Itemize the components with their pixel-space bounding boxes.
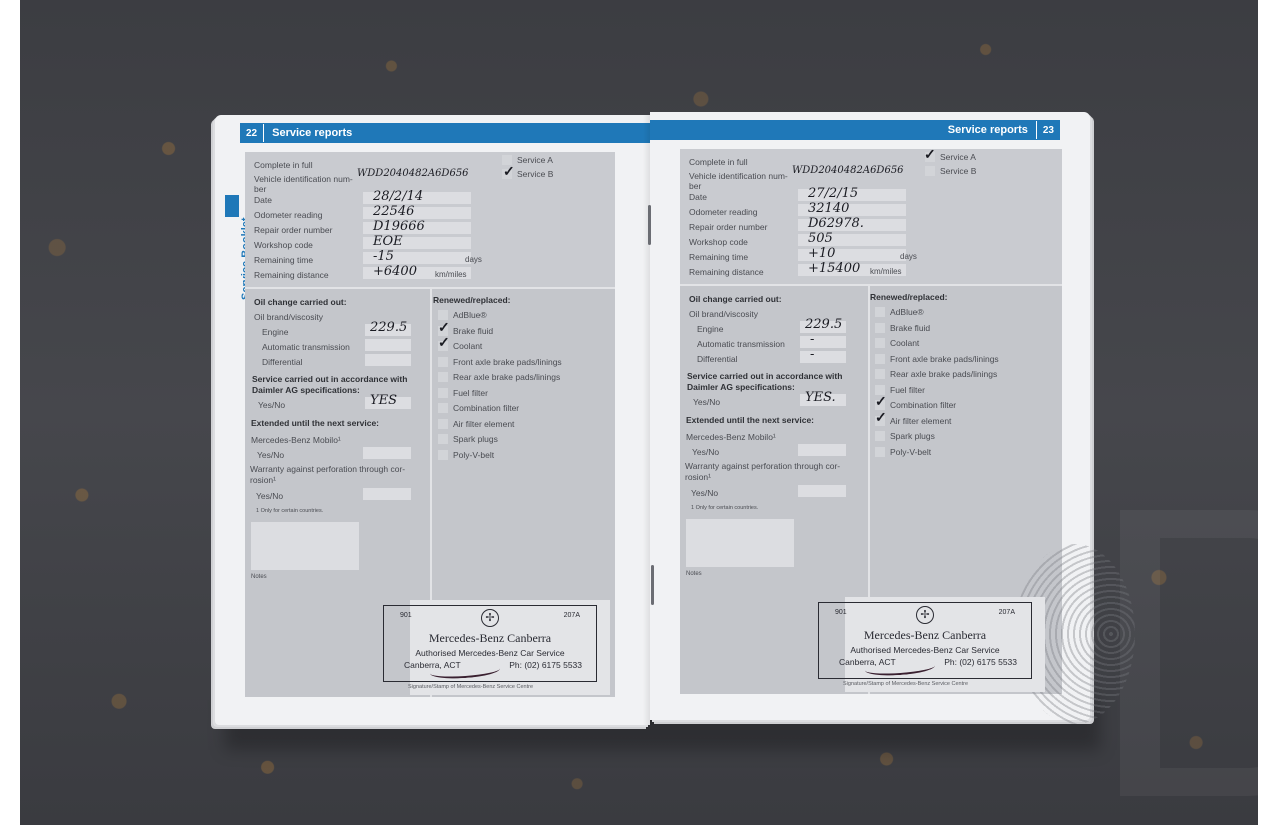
- mobilo-input[interactable]: [798, 444, 846, 456]
- field-label: ber: [254, 184, 266, 194]
- spec-yesno-label: Yes/No: [258, 400, 285, 410]
- field-label: Complete in full: [689, 157, 748, 167]
- right-page: Service reports 23 Service Booklet Servi…: [650, 112, 1090, 720]
- handwritten-value: WDD2040482A6D656: [357, 168, 469, 179]
- oil-brand-label: Oil brand/viscosity: [689, 309, 758, 319]
- renewed-heading: Renewed/replaced:: [870, 292, 947, 302]
- checkmark-icon: ✓: [503, 163, 515, 180]
- renewed-item-label: AdBlue®: [890, 307, 924, 317]
- notes-box[interactable]: [251, 522, 359, 570]
- handwritten-value: 22546: [373, 204, 414, 219]
- mercedes-star-icon: ✢: [481, 609, 499, 627]
- field-label: Remaining distance: [254, 270, 329, 280]
- stamp-phone: Ph: (02) 6175 5533: [944, 657, 1017, 667]
- renewed-checkbox[interactable]: [438, 434, 448, 444]
- footnote: 1 Only for certain countries.: [256, 508, 323, 514]
- unit-label: days: [900, 252, 917, 261]
- renewed-item-label: Spark plugs: [890, 431, 935, 441]
- checkmark-icon: ✓: [438, 319, 450, 336]
- renewed-item-label: Air filter element: [453, 419, 514, 429]
- renewed-item-label: Fuel filter: [890, 385, 925, 395]
- unit-label: km/miles: [870, 267, 902, 276]
- extended-heading: Extended until the next service:: [686, 415, 814, 425]
- watermark-logo: [1120, 510, 1280, 796]
- header-title: Service reports: [264, 127, 360, 139]
- extended-heading: Extended until the next service:: [251, 418, 379, 428]
- warranty-yesno-label: Yes/No: [691, 488, 718, 498]
- warranty-input[interactable]: [798, 485, 846, 497]
- field-label: Date: [254, 195, 272, 205]
- handwritten-value: +10: [808, 246, 835, 261]
- renewed-item-label: Air filter element: [890, 416, 951, 426]
- stamp-code-right: 207A: [564, 612, 580, 619]
- renewed-item-label: Brake fluid: [890, 323, 930, 333]
- renewed-checkbox[interactable]: [875, 354, 885, 364]
- renewed-item-label: Spark plugs: [453, 434, 498, 444]
- header-title: Service reports: [940, 124, 1036, 136]
- spec-heading: Daimler AG specifications:: [687, 382, 795, 392]
- renewed-checkbox[interactable]: [875, 338, 885, 348]
- checkmark-icon: ✓: [875, 393, 887, 410]
- stamp-code-left: 901: [835, 609, 847, 616]
- field-label: Vehicle identification num-: [254, 174, 353, 184]
- spec-yesno-label: Yes/No: [693, 397, 720, 407]
- service-option-label: Service B: [517, 169, 553, 179]
- page-number: 22: [240, 128, 263, 139]
- handwritten-value: 28/2/14: [373, 189, 423, 204]
- oil-brand-label: Oil brand/viscosity: [254, 312, 323, 322]
- spec-heading: Daimler AG specifications:: [252, 385, 360, 395]
- renewed-checkbox[interactable]: [438, 450, 448, 460]
- renewed-item-label: Coolant: [890, 338, 919, 348]
- handwritten-value: 27/2/15: [808, 186, 858, 201]
- mobilo-input[interactable]: [363, 447, 411, 459]
- mercedes-star-icon: ✢: [916, 606, 934, 624]
- footnote: 1 Only for certain countries.: [691, 505, 758, 511]
- spec-value: YES: [370, 393, 397, 408]
- notes-box[interactable]: [686, 519, 794, 567]
- renewed-item-label: Rear axle brake pads/linings: [890, 369, 997, 379]
- unit-label: km/miles: [435, 270, 467, 279]
- field-label: Odometer reading: [254, 210, 323, 220]
- warranty-input[interactable]: [363, 488, 411, 500]
- differential-input[interactable]: [800, 351, 846, 363]
- engine-label: Engine: [697, 324, 723, 334]
- renewed-checkbox[interactable]: [438, 357, 448, 367]
- auto-trans-label: Automatic transmission: [697, 339, 785, 349]
- spec-heading: Service carried out in accordance with: [687, 371, 842, 381]
- handwritten-value: EOE: [373, 234, 403, 249]
- warranty-label: Warranty against perforation through cor…: [685, 461, 840, 471]
- differential-label: Differential: [697, 354, 737, 364]
- differential-value: -: [810, 347, 814, 362]
- handwritten-value: D62978.: [808, 216, 864, 231]
- renewed-item-label: Coolant: [453, 341, 482, 351]
- field-label: Repair order number: [689, 222, 767, 232]
- notes-label: Notes: [251, 574, 267, 580]
- field-label: ber: [689, 181, 701, 191]
- handwritten-value: D19666: [373, 219, 425, 234]
- stamp-authorised: Authorised Mercedes-Benz Car Service: [819, 645, 1031, 655]
- renewed-checkbox[interactable]: [875, 307, 885, 317]
- notes-label: Notes: [686, 571, 702, 577]
- staple-bottom: [651, 565, 654, 605]
- renewed-item-label: Brake fluid: [453, 326, 493, 336]
- staple-top: [648, 205, 651, 245]
- renewed-item-label: AdBlue®: [453, 310, 487, 320]
- field-label: Workshop code: [689, 237, 748, 247]
- field-label: Repair order number: [254, 225, 332, 235]
- renewed-item-label: Front axle brake pads/linings: [453, 357, 562, 367]
- oil-heading: Oil change carried out:: [254, 297, 347, 307]
- mobilo-yesno-label: Yes/No: [692, 447, 719, 457]
- service-option-label: Service B: [940, 166, 976, 176]
- handwritten-value: 505: [808, 231, 833, 246]
- mobilo-label: Mercedes-Benz Mobilo¹: [251, 435, 341, 445]
- renewed-item-label: Combination filter: [890, 400, 956, 410]
- stamp-code-right: 207A: [999, 609, 1015, 616]
- service-option-label: Service A: [517, 155, 553, 165]
- stamp-dealer-name: Mercedes-Benz Canberra: [384, 631, 596, 646]
- engine-value: 229.5: [805, 317, 842, 332]
- field-label: Complete in full: [254, 160, 313, 170]
- checkmark-icon: ✓: [438, 334, 450, 351]
- service-report-form: Service A✓Service BComplete in fullVehic…: [680, 149, 1062, 694]
- field-label: Remaining time: [689, 252, 748, 262]
- unit-label: days: [465, 255, 482, 264]
- auto-trans-value: -: [810, 332, 814, 347]
- spec-heading: Service carried out in accordance with: [252, 374, 407, 384]
- handwritten-value: +6400: [373, 264, 417, 279]
- auto-trans-label: Automatic transmission: [262, 342, 350, 352]
- renewed-checkbox[interactable]: [875, 431, 885, 441]
- service-option-label: Service A: [940, 152, 976, 162]
- renewed-item-label: Combination filter: [453, 403, 519, 413]
- differential-label: Differential: [262, 357, 302, 367]
- renewed-checkbox[interactable]: [438, 388, 448, 398]
- renewed-checkbox[interactable]: [875, 323, 885, 333]
- auto-trans-input[interactable]: [365, 339, 411, 351]
- engine-label: Engine: [262, 327, 288, 337]
- service-report-form: Service AService B✓Complete in fullVehic…: [245, 152, 615, 697]
- handwritten-value: -15: [373, 249, 394, 264]
- auto-trans-input[interactable]: [800, 336, 846, 348]
- warranty-yesno-label: Yes/No: [256, 491, 283, 501]
- stamp-code-left: 901: [400, 612, 412, 619]
- stamp-authorised: Authorised Mercedes-Benz Car Service: [384, 648, 596, 658]
- handwritten-value: 32140: [808, 201, 849, 216]
- field-label: Workshop code: [254, 240, 313, 250]
- handwritten-value: +15400: [808, 261, 860, 276]
- renewed-heading: Renewed/replaced:: [433, 295, 510, 305]
- warranty-label: Warranty against perforation through cor…: [250, 464, 405, 474]
- page-header: 22 Service reports: [240, 123, 650, 143]
- handwritten-value: WDD2040482A6D656: [792, 165, 904, 176]
- engine-value: 229.5: [370, 320, 407, 335]
- left-page: 22 Service reports Service Booklet Servi…: [215, 115, 650, 725]
- warranty-label: rosion¹: [250, 475, 276, 485]
- renewed-item-label: Rear axle brake pads/linings: [453, 372, 560, 382]
- field-label: Date: [689, 192, 707, 202]
- mobilo-yesno-label: Yes/No: [257, 450, 284, 460]
- mobilo-label: Mercedes-Benz Mobilo¹: [686, 432, 776, 442]
- page-number: 23: [1037, 125, 1060, 136]
- checkmark-icon: ✓: [875, 409, 887, 426]
- renewed-checkbox[interactable]: [438, 403, 448, 413]
- side-tab-marker: [225, 195, 239, 217]
- renewed-checkbox[interactable]: [875, 369, 885, 379]
- spec-value: YES.: [805, 390, 836, 405]
- field-label: Remaining distance: [689, 267, 764, 277]
- renewed-checkbox[interactable]: [875, 447, 885, 457]
- renewed-checkbox[interactable]: [438, 419, 448, 429]
- oil-heading: Oil change carried out:: [689, 294, 782, 304]
- checkmark-icon: ✓: [924, 146, 936, 163]
- page-header: Service reports 23: [650, 120, 1060, 140]
- renewed-item-label: Poly-V-belt: [453, 450, 494, 460]
- warranty-label: rosion¹: [685, 472, 711, 482]
- signature-caption: Signature/Stamp of Mercedes-Benz Service…: [408, 684, 533, 690]
- stamp-phone: Ph: (02) 6175 5533: [509, 660, 582, 670]
- stamp-dealer-name: Mercedes-Benz Canberra: [819, 628, 1031, 643]
- field-label: Remaining time: [254, 255, 313, 265]
- signature-caption: Signature/Stamp of Mercedes-Benz Service…: [843, 681, 968, 687]
- renewed-checkbox[interactable]: [438, 372, 448, 382]
- service-option-checkbox[interactable]: [925, 166, 935, 176]
- field-label: Odometer reading: [689, 207, 758, 217]
- field-label: Vehicle identification num-: [689, 171, 788, 181]
- renewed-item-label: Poly-V-belt: [890, 447, 931, 457]
- renewed-item-label: Fuel filter: [453, 388, 488, 398]
- differential-input[interactable]: [365, 354, 411, 366]
- renewed-item-label: Front axle brake pads/linings: [890, 354, 999, 364]
